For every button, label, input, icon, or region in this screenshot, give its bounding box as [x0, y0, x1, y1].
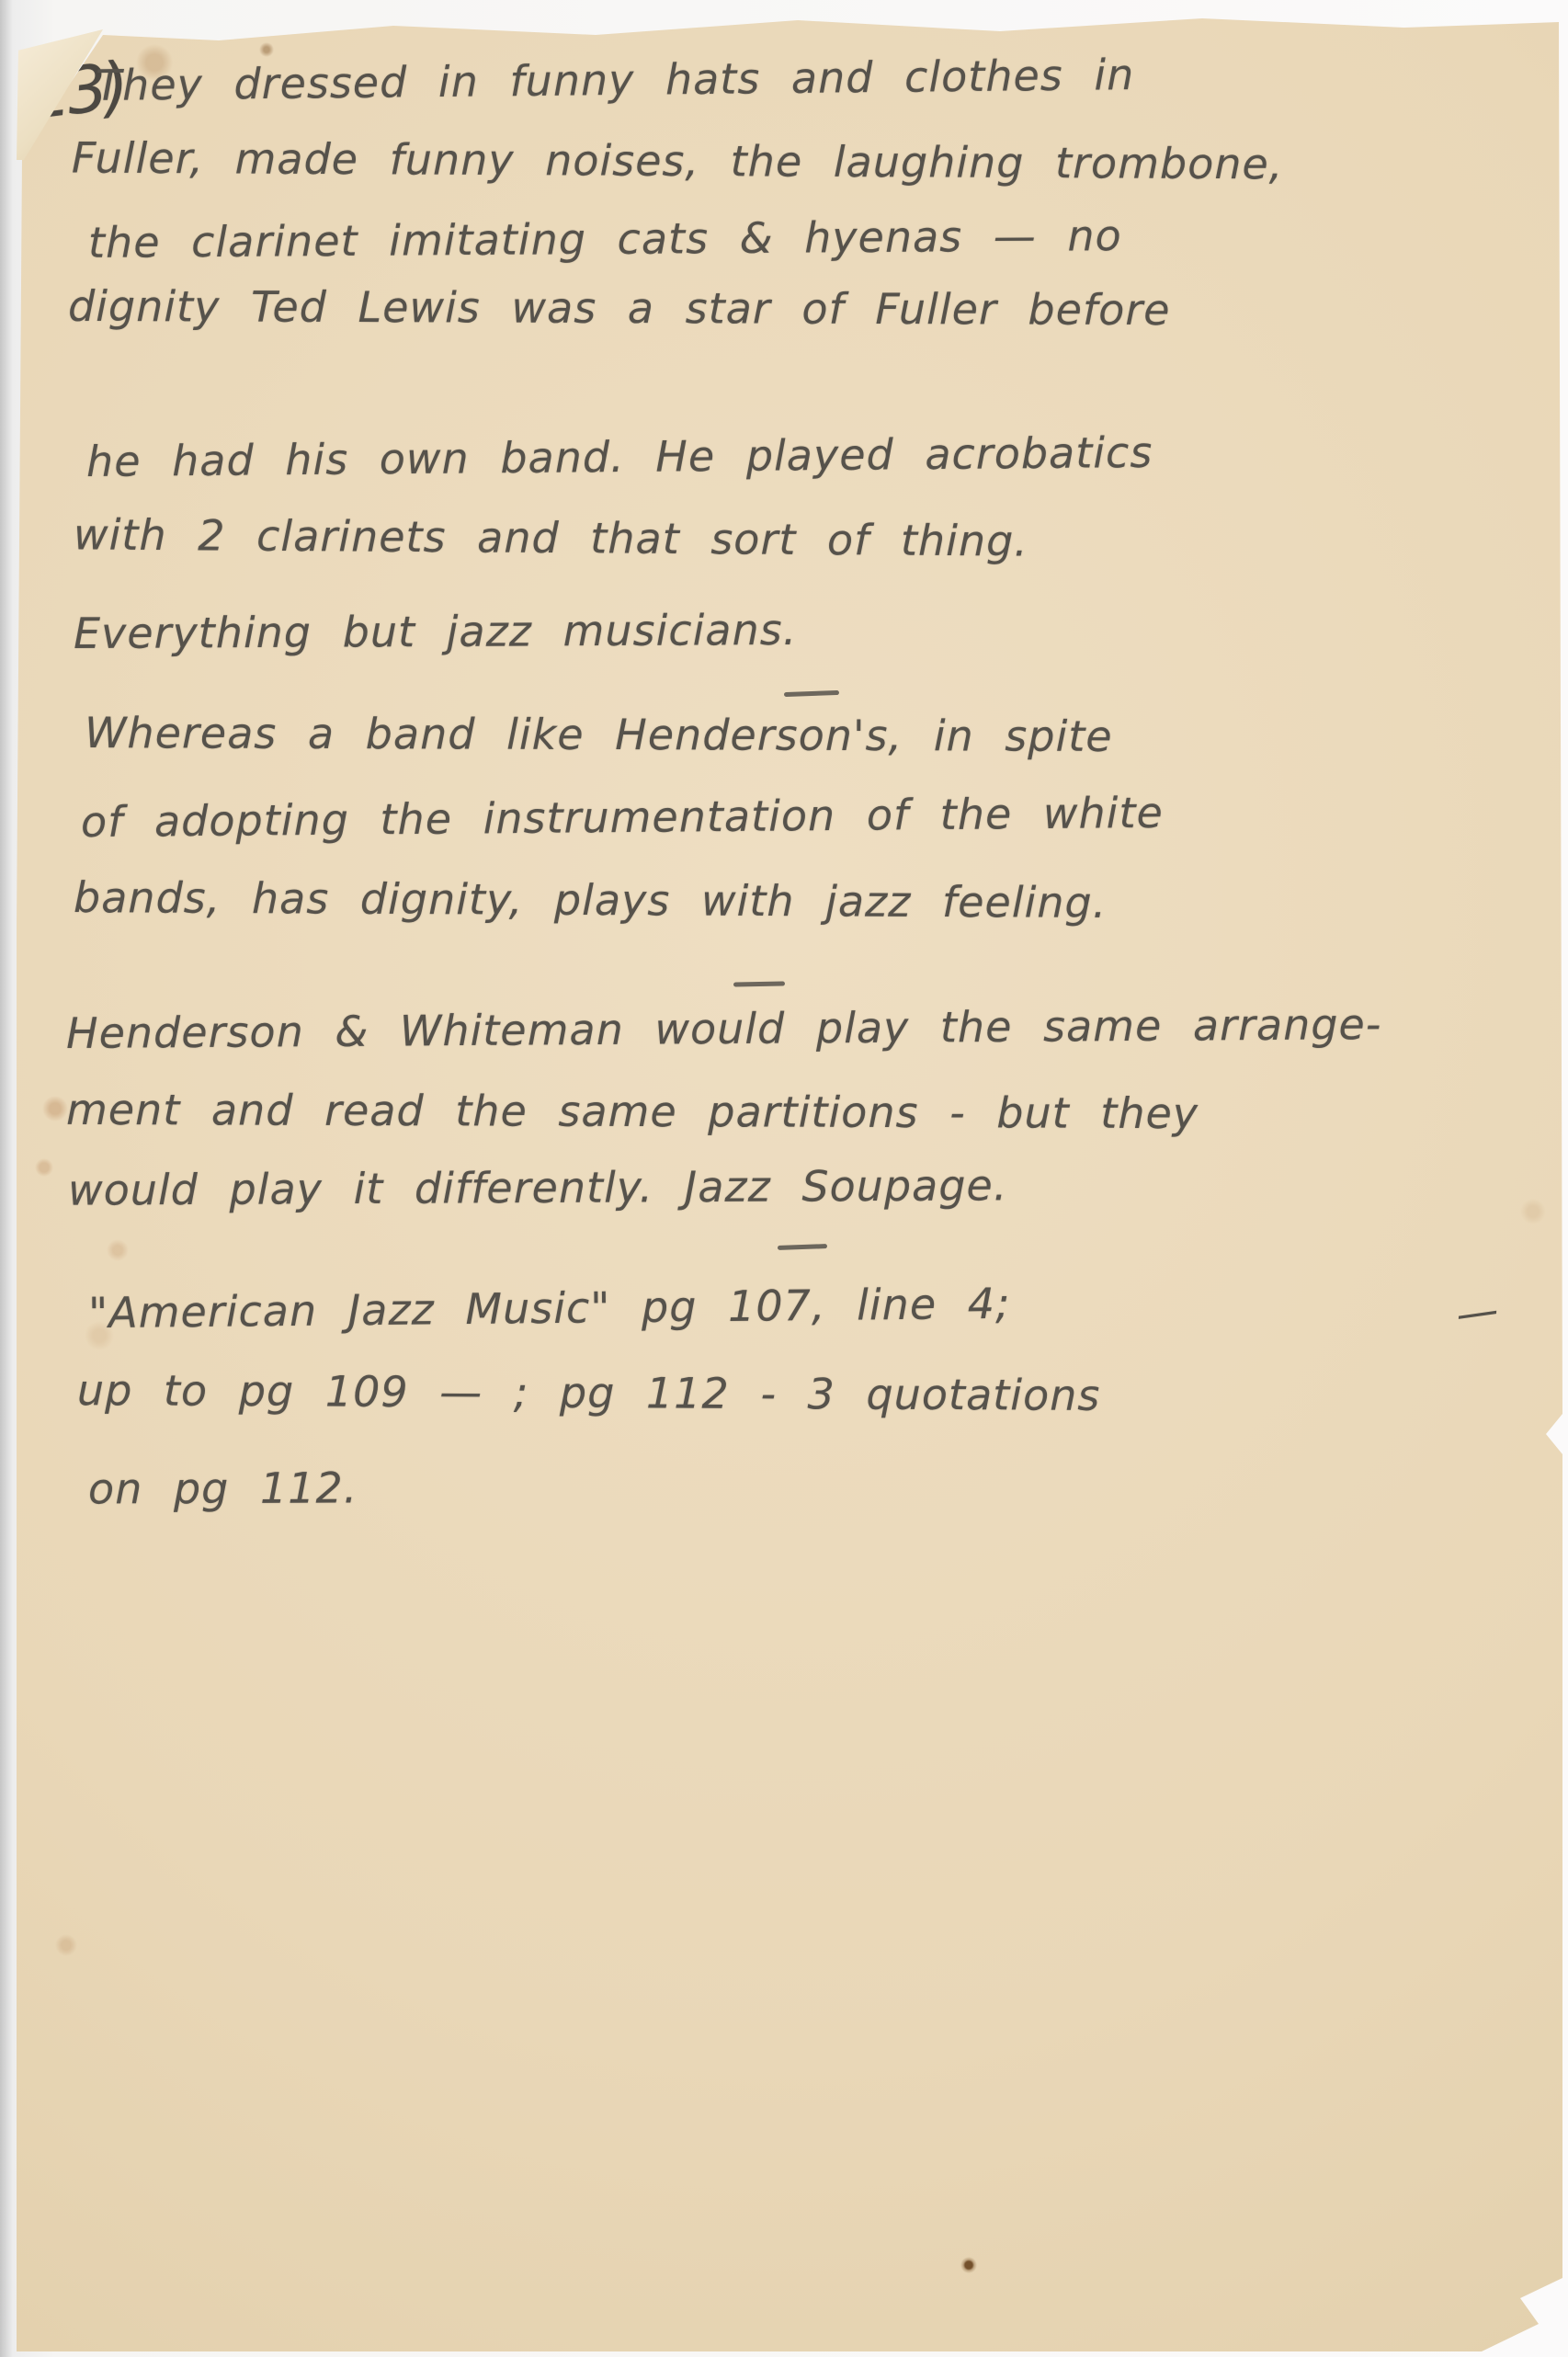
- handwritten-line: Henderson & Whiteman would play the same…: [66, 999, 1382, 1058]
- margin-dash-mark: —: [1452, 1284, 1501, 1339]
- handwritten-line: would play it differently. Jazz Soupage.: [68, 1160, 1008, 1214]
- handwritten-line: "American Jazz Music" pg 107, line 4;: [88, 1279, 1011, 1338]
- overline-stroke: [778, 1244, 827, 1250]
- scanned-page-background: { "document": { "page_number": "13)", "p…: [0, 0, 1568, 2357]
- paper-sheet: 13) They dressed in funny hats and cloth…: [7, 7, 1562, 2351]
- handwritten-line: dignity Ted Lewis was a star of Fuller b…: [68, 281, 1171, 335]
- handwritten-line: on pg 112.: [88, 1463, 358, 1513]
- handwritten-line: ment and read the same partitions - but …: [66, 1085, 1199, 1138]
- handwritten-line: Everything but jazz musicians.: [74, 605, 798, 658]
- handwritten-line: They dressed in funny hats and clothes i…: [96, 50, 1135, 110]
- handwritten-line: with 2 clarinets and that sort of thing.: [74, 509, 1028, 565]
- handwritten-line: up to pg 109 — ; pg 112 - 3 quotations: [77, 1365, 1101, 1420]
- handwritten-line: he had his own band. He played acrobatic…: [86, 427, 1153, 486]
- handwritten-line: of adopting the instrumentation of the w…: [81, 788, 1164, 847]
- handwritten-line: Whereas a band like Henderson's, in spit…: [85, 708, 1113, 761]
- handwritten-line: bands, has dignity, plays with jazz feel…: [74, 872, 1108, 928]
- handwritten-line: the clarinet imitating cats & hyenas — n…: [88, 211, 1122, 268]
- handwritten-line: Fuller, made funny noises, the laughing …: [72, 133, 1284, 189]
- overline-stroke: [784, 690, 839, 697]
- overline-stroke: [733, 982, 785, 987]
